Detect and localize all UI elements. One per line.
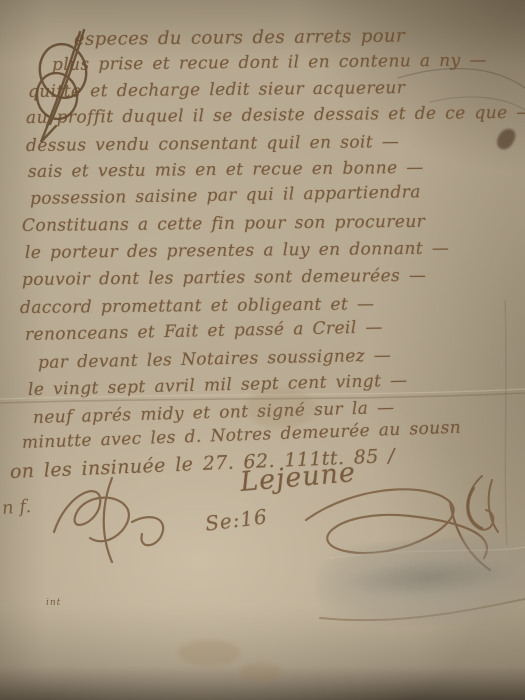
manuscript-line: possession saisine par qui il appartiend…: [30, 184, 421, 208]
manuscript-line: plus prise et recue dont il en contenu a…: [52, 52, 487, 74]
manuscript-line: dessus vendu consentant quil en soit —: [26, 134, 399, 155]
margin-fragment: n f.: [1, 496, 31, 519]
manuscript-line: especes du cours des arrets pour: [74, 28, 405, 49]
manuscript-line: pouvoir dont les parties sont demeurées …: [22, 268, 427, 289]
manuscript-line: le vingt sept avril mil sept cent vingt …: [28, 373, 408, 399]
right-small-flourish: [452, 470, 512, 540]
tiny-ink-mark: int: [46, 598, 61, 608]
left-paraph-flourish: [42, 472, 192, 567]
manuscript-line: daccord promettant et obligeant et —: [20, 296, 375, 317]
manuscript-line: le porteur des presentes a luy en donnan…: [25, 241, 449, 262]
manuscript-line: Constituans a cette fin pour son procure…: [22, 214, 425, 235]
manuscript-line: renonceans et Fait et passé a Creil —: [25, 320, 383, 344]
manuscript-line: sais et vestu mis en et recue en bonne —: [28, 160, 424, 181]
manuscript-line: au proffit duquel il se desiste dessais …: [26, 105, 525, 127]
stain: [178, 640, 240, 666]
signature-abbrev: Se:16: [204, 504, 269, 535]
manuscript-line: par devant les Notaires soussignez —: [38, 348, 392, 372]
stain: [246, 388, 316, 428]
stain: [240, 663, 282, 681]
manuscript-line: quitte et decharge ledit sieur acquereur: [28, 80, 405, 101]
ink-smudge: [494, 126, 518, 153]
parchment-document-photo: especes du cours des arrets pour plus pr…: [0, 0, 525, 700]
